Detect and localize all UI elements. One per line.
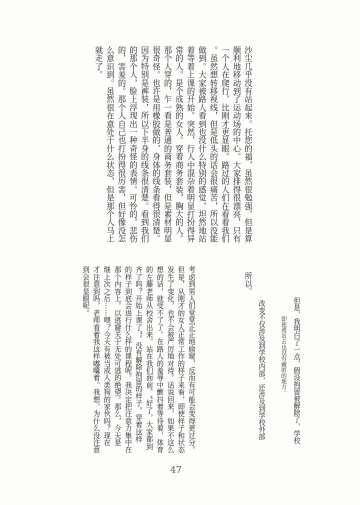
text-column: 的左藤老师从校舍出来。站在我们面前。“好了，大家都到	[144, 266, 155, 452]
text-column: 沙尘几乎没有站起来。托您的福，虽然很勉强，但是算	[243, 46, 255, 246]
text-column: 但是，我明白了一点，假设拘留被解除了，学校	[291, 297, 301, 444]
inset-note: 即使逃出去也没有藏匿的地方。	[279, 316, 287, 396]
text-column: 想的话，就受不了了。在路人的羞辱中颤抖着等待着，体育	[155, 266, 166, 452]
inset-line-1: 但是，我明白了一点，假设拘留被解除了，学校	[291, 297, 301, 444]
text-column: 一个人在爬行，比刚才更显眼。路过的人们在看着我们	[220, 46, 232, 246]
text-column: 就走了。	[93, 46, 105, 246]
text-column: 那个人穿的，乍一看是普通的商务套装，但是素材明显	[162, 46, 174, 246]
text-column: 所以。	[243, 272, 254, 295]
text-column: 常的人。是个成熟的女人。穿着商务套装，胸大的人。	[174, 46, 186, 246]
lead-in-line: 所以。	[243, 272, 254, 295]
text-column: 到会很显眼呢。	[80, 266, 91, 452]
text-column: 齐了吗？开始上课了”。没有解除拘留的样子。穿着这样	[133, 266, 144, 452]
text-column: 但是，从刚才的女人正常工作的样子来看，即使样子和状态	[176, 266, 187, 452]
text-column: 的那个人，脸上浮现出一种奇怪的表情。可怜的，悲伤	[128, 46, 140, 246]
bottom-paragraph: 考虑到男人们堂堂正正地偷窥，反而有可能会变得更过分。 但是，从刚才的女人正常工作…	[80, 266, 197, 452]
text-column: 的样子到底会进行什么样的课程呢。我决定把注意力集中在	[123, 266, 134, 452]
text-column: 着等着上课的开始。突然，行人中混杂着明显打扮得异	[185, 46, 197, 246]
page-number: 47	[160, 466, 192, 476]
text-column: 。虽然想转移视线，但是低头的话会很痛苦，所以没能	[208, 46, 220, 246]
text-column: 考虑到男人们堂堂正正地偷窥，反而有可能会变得更过分。	[186, 266, 197, 452]
text-column: 即使逃出去也没有藏匿的地方。	[279, 316, 287, 396]
text-column: 的，害羞的。那个人自己也打扮得很厉害，但好像没怎	[116, 46, 128, 246]
inset-line-2: 改变不仅涉及到学校内部，还涉及到学校外部	[256, 300, 266, 440]
top-paragraph: 沙尘几乎没有站起来。托您的福，虽然很勉强，但是算 顺利地移动到了运动场的中心。大…	[92, 46, 254, 246]
text-column: 继上次之后……喂？今天有被当成人类狗的家伙吗？现在	[102, 266, 113, 452]
text-column: 那个内容上。以逃避关于无处可逃的绝望。那么，今天是	[112, 266, 123, 452]
text-column: 改变不仅涉及到学校内部，还涉及到学校外部	[256, 300, 266, 440]
text-column: 很奇怪。也许是用橡胶做的，身体的线条看得很清楚。	[151, 46, 163, 246]
text-column: 因为特别是裤装，所以下半身的线条很清楚。看到我们	[139, 46, 151, 246]
text-column: 么意识到。虽然很在意处于什么状态，但是那个人马上	[105, 46, 117, 246]
text-column: 才注意到吗，老师看着我这样嘟囔着。我想，为什么没注意	[91, 266, 102, 452]
text-column: 顺利地移动到了运动场的中心。大家排得很漂亮，只有	[231, 46, 243, 246]
text-column: 做到。大家被路人看到也没什么特别的感觉，坦然地站	[197, 46, 209, 246]
text-column: 发生了变化，也不会被严厉地对待。话说回来，如果不这么	[165, 266, 176, 452]
book-page: 沙尘几乎没有站起来。托您的福，虽然很勉强，但是算 顺利地移动到了运动场的中心。大…	[0, 0, 360, 505]
